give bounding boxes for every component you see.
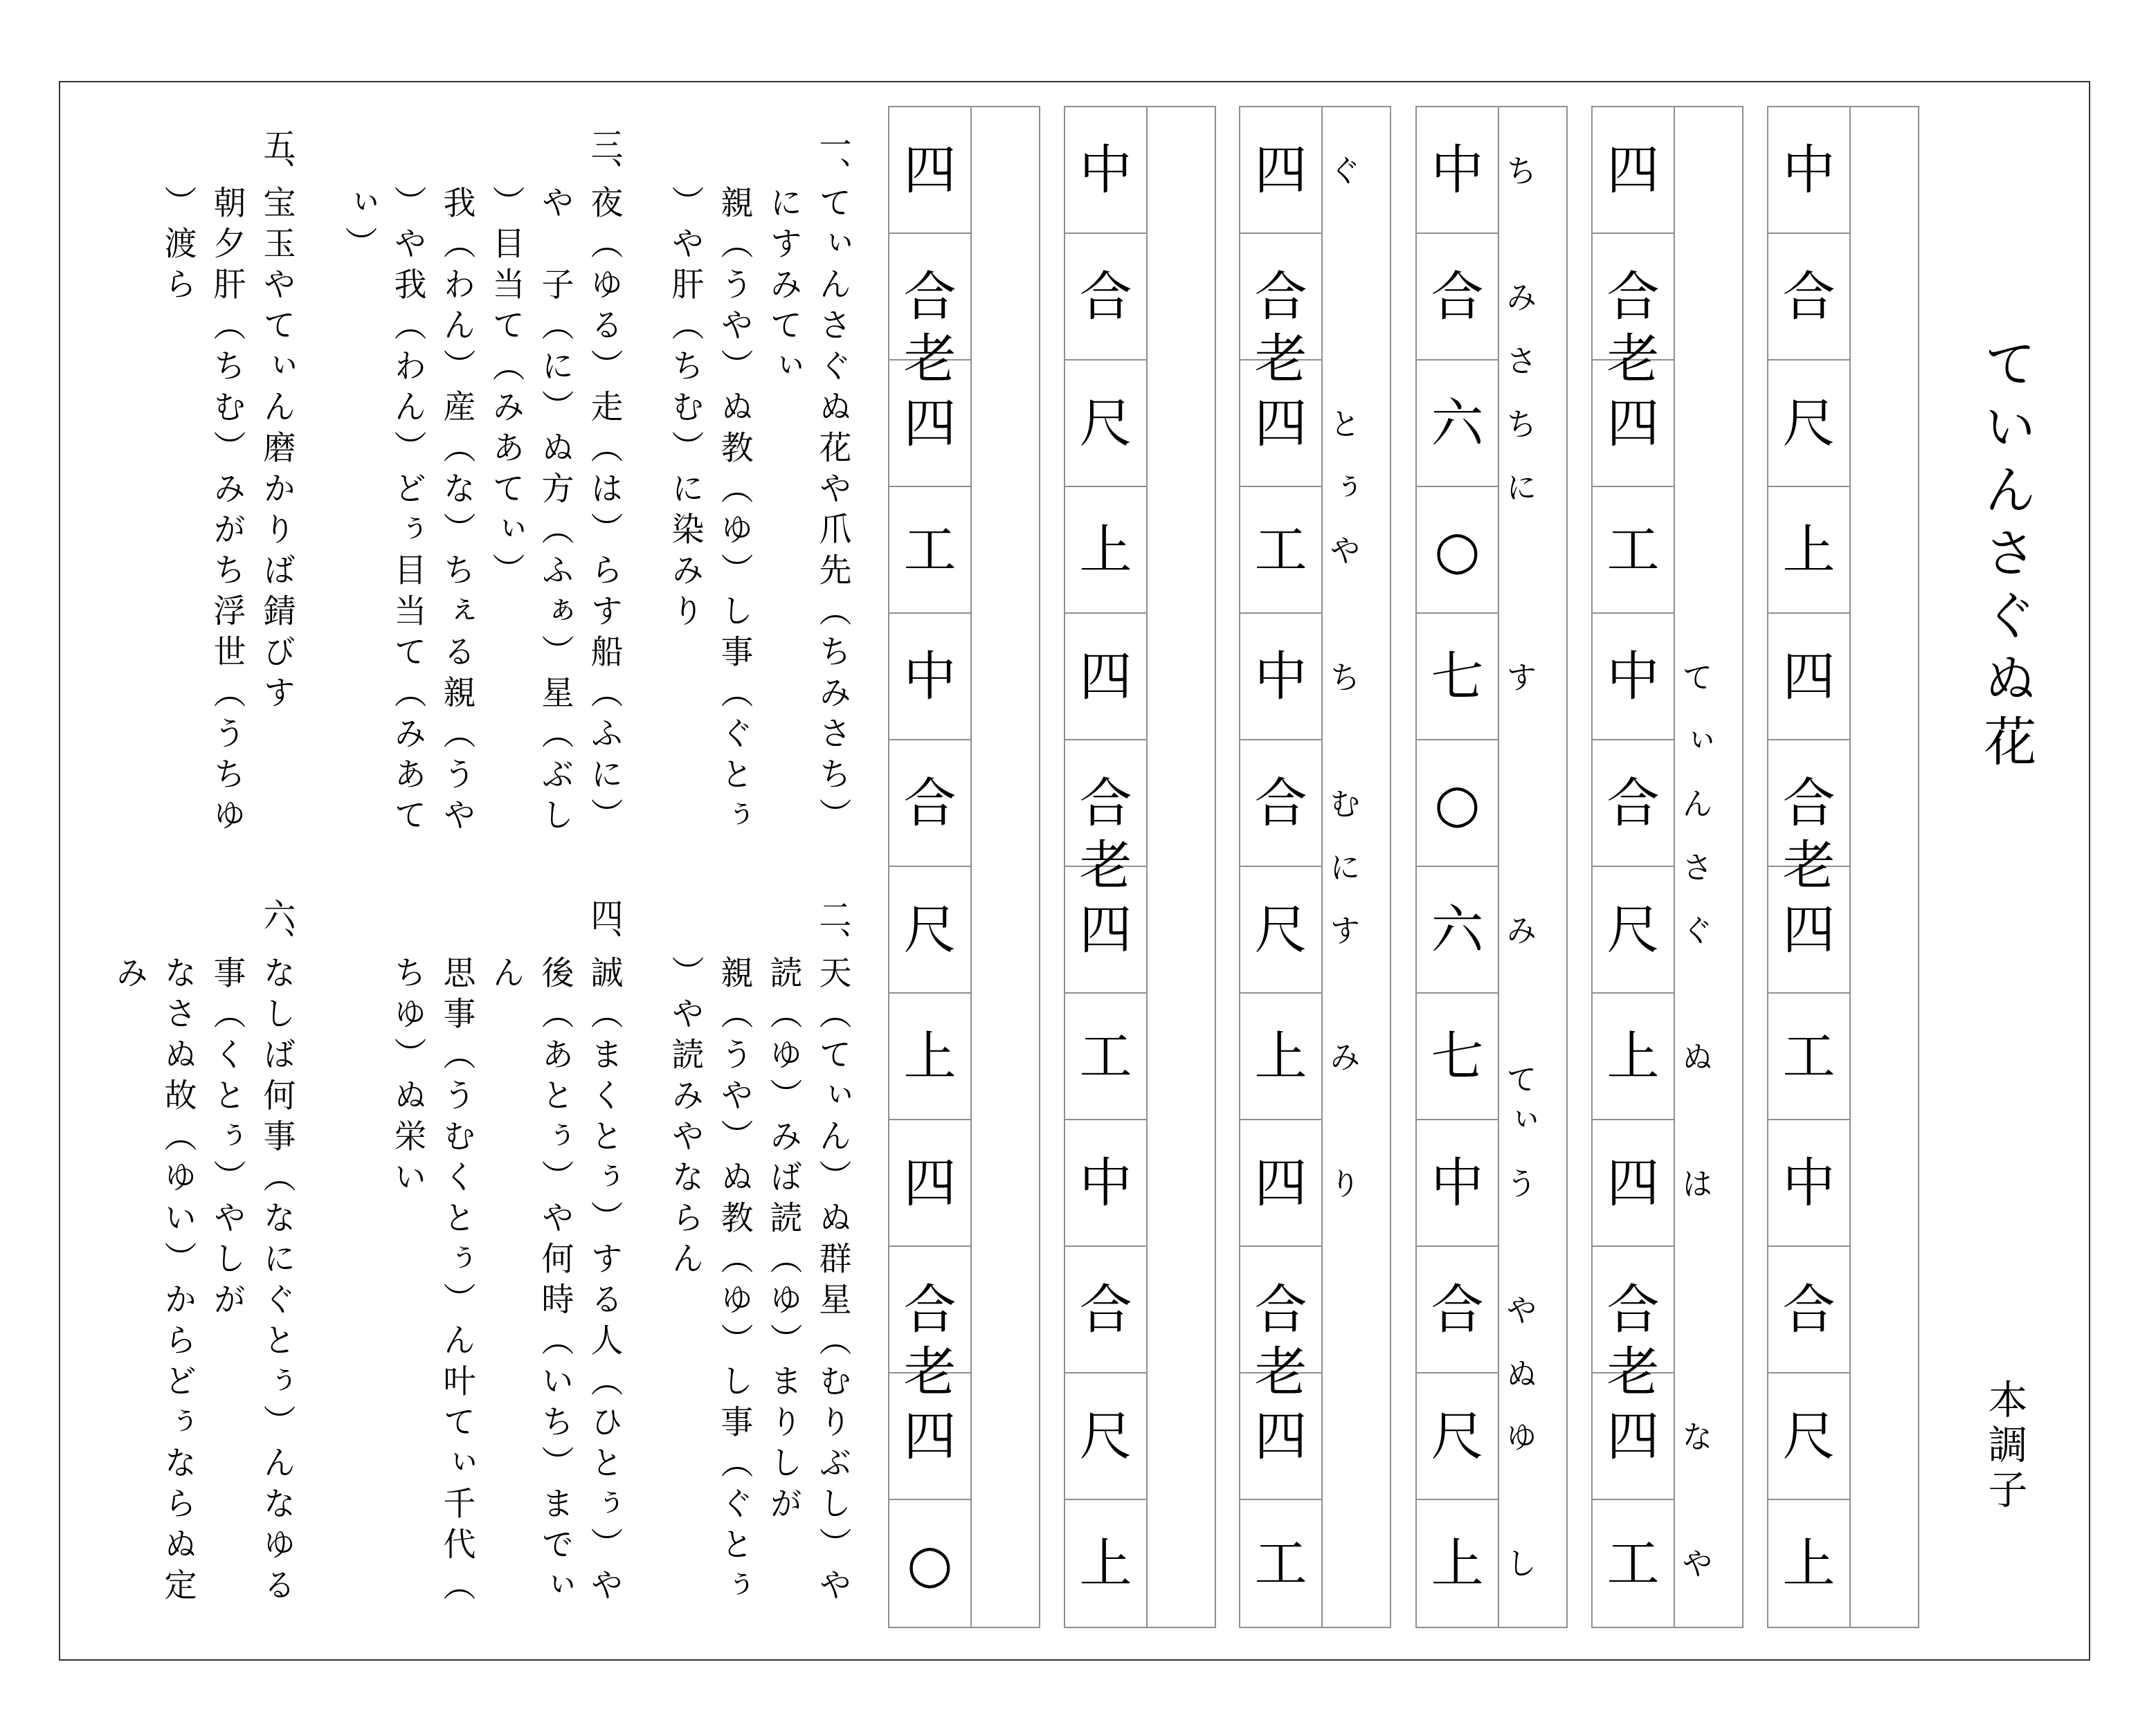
lyric-syllable: てぃ bbox=[1503, 1063, 1534, 1144]
verse-2-line-1: 二、天（てぃん）ぬ群星（むりぶし）や bbox=[817, 898, 849, 1609]
verse-6-line-1: 六、なしば何事（なにぐとぅ）んなゆる bbox=[261, 898, 293, 1609]
verse-number: 三、 bbox=[586, 128, 624, 185]
verse-3-line-4: 我（わん）産（な）ちぇる親（うや bbox=[441, 185, 473, 839]
lo-mark: 老 bbox=[1607, 333, 1660, 385]
verse-6-line-4: み bbox=[114, 956, 146, 996]
lo-mark: 老 bbox=[1255, 333, 1307, 385]
verse-number: 一、 bbox=[814, 128, 852, 185]
verse-4-line-4: 思事（うむくとぅ）ん叶てぃ千代（ bbox=[441, 956, 473, 1609]
lyric-syllable: う bbox=[1503, 1167, 1534, 1198]
verse-4-line-2: 後（あとぅ）や何時（いち）までぃ bbox=[539, 956, 572, 1609]
score-column-6: 四 合老 四 工 中 合 尺 上 四 合老 四 ○ bbox=[888, 106, 1040, 1628]
verse-4-line-3: ん bbox=[490, 956, 523, 996]
verse-number: 四、 bbox=[586, 898, 624, 956]
score-column-3: 中 合 六 ○ 七 ○ 六 七 中 合 尺 上 ち み さ ち に す み てぃ… bbox=[1415, 106, 1568, 1628]
verse-3-line-2: や 子（に）ぬ方（ふぁ）星（ぶし bbox=[539, 185, 572, 839]
score-column-2: 四 合老 四 工 中 合 尺 上 四 合老 四 工 て ぃ ん さ ぐ ぬ は … bbox=[1591, 106, 1743, 1628]
verse-5-line-2: 朝夕肝（ちむ）みがち浮世（うちゆ bbox=[211, 185, 244, 839]
score-column-4: 四 合老 四 工 中 合 尺 上 四 合老 四 工 ぐ と ぅ や ち む に … bbox=[1239, 106, 1391, 1628]
lyric-syllable: ん bbox=[1679, 787, 1710, 819]
verse-text: 誠（まくとぅ）する人（ひとぅ）や bbox=[586, 956, 624, 1609]
lyric-syllable: し bbox=[1503, 1547, 1534, 1578]
lo-mark: 老 bbox=[1607, 1346, 1660, 1398]
verse-3-line-1: 三、夜（ゆる）走（は）らす船（ふに） bbox=[588, 128, 621, 839]
verse-2-line-2: 読（ゆ）みば読（ゆ）まりしが bbox=[768, 956, 800, 1527]
verse-1-line-4: ）や肝（ちむ）に染みり bbox=[669, 185, 702, 635]
verse-3-line-6: ぃ） bbox=[343, 185, 375, 267]
lyric-syllable: に bbox=[1327, 851, 1358, 882]
lyric-syllable: に bbox=[1503, 471, 1534, 502]
lyric-syllable: さ bbox=[1679, 851, 1710, 882]
lo-mark: 老 bbox=[1080, 839, 1132, 892]
lyric-syllable: す bbox=[1503, 661, 1534, 692]
verse-2-line-3: 親（うや）ぬ教（ゆ）し事（ぐとぅ bbox=[718, 956, 751, 1609]
lyric-syllable: み bbox=[1327, 1041, 1358, 1072]
verse-text: 夜（ゆる）走（は）らす船（ふに） bbox=[586, 185, 624, 839]
lyric-syllable: み bbox=[1503, 281, 1534, 312]
lyric-syllable: さ bbox=[1503, 345, 1534, 376]
verse-5-line-3: ）渡ら bbox=[162, 185, 194, 308]
lyric-syllable: や bbox=[1503, 1294, 1534, 1325]
tuning-label: 本調子 bbox=[1984, 1379, 2024, 1514]
verse-5-line-1: 五、宝玉やてぃん磨かりば錆びす bbox=[261, 128, 293, 716]
lyric-syllable: は bbox=[1679, 1167, 1710, 1198]
song-title: ていんさぐぬ花 bbox=[1980, 336, 2032, 777]
lyric-syllable: す bbox=[1327, 914, 1358, 945]
lo-mark: 老 bbox=[1255, 1346, 1307, 1398]
verse-text: 天（てぃん）ぬ群星（むりぶし）や bbox=[814, 956, 852, 1609]
verse-number: 五、 bbox=[258, 128, 296, 185]
lyric-syllable: ぐ bbox=[1679, 914, 1710, 945]
verse-1-line-1: 一、てぃんさぐぬ花や爪先（ちみさち） bbox=[817, 128, 849, 839]
lyric-syllable: む bbox=[1327, 787, 1358, 819]
lyric-syllable: ぬ bbox=[1679, 1041, 1710, 1072]
verse-text: なしば何事（なにぐとぅ）んなゆる bbox=[258, 956, 296, 1609]
lyric-syllable: と bbox=[1327, 408, 1358, 439]
lyric-syllable: ち bbox=[1327, 661, 1358, 692]
score-column-1: 中 合 尺 上 四 合老 四 工 中 合 尺 上 bbox=[1767, 106, 1919, 1628]
verse-3-line-3: ）目当て（みあてぃ） bbox=[490, 185, 523, 594]
lyric-syllable: ぅ bbox=[1327, 471, 1358, 502]
verse-2-line-4: ）や読みやならん bbox=[669, 956, 702, 1282]
verse-number: 二、 bbox=[814, 898, 852, 956]
verse-1-line-2: にすみてぃ bbox=[768, 185, 800, 390]
lyric-syllable: ぐ bbox=[1327, 154, 1358, 185]
lyric-syllable: ぬ bbox=[1503, 1358, 1534, 1389]
lyric-syllable: な bbox=[1679, 1421, 1710, 1452]
lyric-syllable: ち bbox=[1503, 408, 1534, 439]
verse-4-line-1: 四、誠（まくとぅ）する人（ひとぅ）や bbox=[588, 898, 621, 1609]
lyric-syllable: や bbox=[1679, 1547, 1710, 1578]
lo-mark: 老 bbox=[1783, 839, 1836, 892]
lyric-syllable: ぃ bbox=[1679, 724, 1710, 756]
verse-6-line-3: なさぬ故（ゆい）からどぅならぬ定 bbox=[162, 956, 194, 1609]
lyric-syllable: り bbox=[1327, 1167, 1358, 1198]
verse-6-line-2: 事（くとぅ）やしが bbox=[211, 956, 244, 1323]
score-column-5: 中 合 尺 上 四 合老 四 工 中 合 尺 上 bbox=[1064, 106, 1216, 1628]
lyric-track: ち み さ ち に す み てぃ う や ぬ ゆ し bbox=[1417, 107, 1566, 1627]
lyric-syllable: み bbox=[1503, 914, 1534, 945]
lo-mark: 老 bbox=[904, 1346, 957, 1398]
lyric-syllable: て bbox=[1679, 661, 1710, 692]
verse-1-line-3: 親（うや）ぬ教（ゆ）し事（ぐとぅ bbox=[718, 185, 751, 839]
lyric-syllable: や bbox=[1327, 534, 1358, 565]
lyric-syllable: ち bbox=[1503, 154, 1534, 185]
lyric-syllable: ゆ bbox=[1503, 1421, 1534, 1452]
verse-text: てぃんさぐぬ花や爪先（ちみさち） bbox=[814, 185, 852, 839]
verse-3-line-5: ）や我（わん）どぅ目当て（みあて bbox=[392, 185, 424, 839]
verse-4-line-5: ちゆ）ぬ栄い bbox=[392, 956, 424, 1201]
verse-number: 六、 bbox=[258, 898, 296, 956]
lo-mark: 老 bbox=[904, 333, 957, 385]
verse-text: 宝玉やてぃん磨かりば錆びす bbox=[258, 185, 296, 716]
